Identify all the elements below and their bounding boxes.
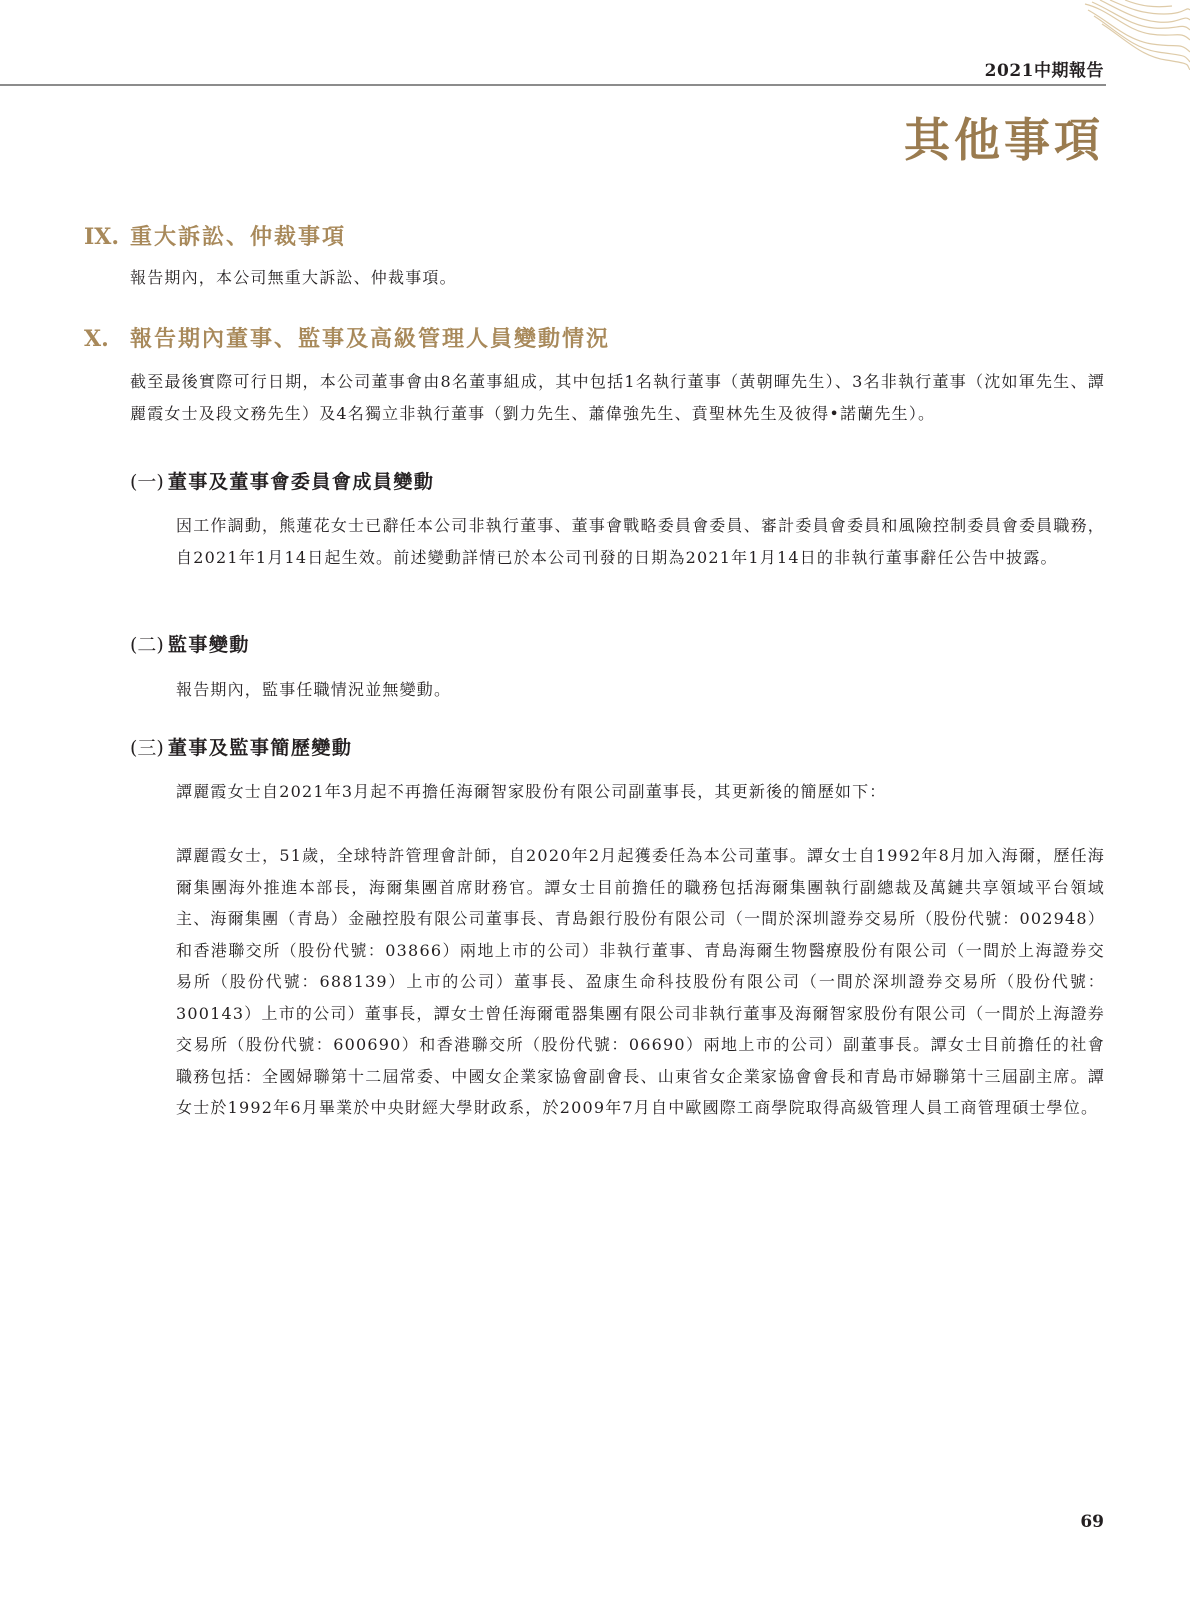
subsection-heading-3: (三)董事及監事簡歷變動 xyxy=(130,733,352,760)
section-title: 報告期內董事、監事及高級管理人員變動情況 xyxy=(130,326,610,352)
subsection-2-body: 報告期內，監事任職情況並無變動。 xyxy=(176,674,1105,706)
subsection-title: 董事及監事簡歷變動 xyxy=(168,737,353,759)
page-number: 69 xyxy=(1080,1512,1104,1532)
header-divider xyxy=(0,84,1106,86)
subsection-heading-2: (二)監事變動 xyxy=(130,630,250,657)
section-heading-x: X.報告期內董事、監事及高級管理人員變動情況 xyxy=(84,322,610,353)
section-title: 重大訴訟、仲裁事項 xyxy=(130,224,346,250)
subsection-title: 董事及董事會委員會成員變動 xyxy=(168,471,435,493)
subsection-number: (三) xyxy=(130,737,164,759)
subsection-1-body: 因工作調動，熊蓮花女士已辭任本公司非執行董事、董事會戰略委員會委員、審計委員會委… xyxy=(176,510,1105,573)
section-ix-body: 報告期內，本公司無重大訴訟、仲裁事項。 xyxy=(130,262,1080,294)
section-number: IX. xyxy=(84,224,130,250)
section-heading-ix: IX.重大訴訟、仲裁事項 xyxy=(84,220,346,251)
section-x-body: 截至最後實際可行日期，本公司董事會由8名董事組成，其中包括1名執行董事（黃朝暉先… xyxy=(130,366,1105,429)
report-tag: 2021中期報告 xyxy=(985,56,1104,81)
subsection-3-intro: 譚麗霞女士自2021年3月起不再擔任海爾智家股份有限公司副董事長，其更新後的簡歷… xyxy=(176,776,1105,808)
page-title: 其他事項 xyxy=(904,104,1104,170)
subsection-3-biography: 譚麗霞女士，51歲，全球特許管理會計師，自2020年2月起獲委任為本公司董事。譚… xyxy=(176,840,1105,1124)
subsection-title: 監事變動 xyxy=(168,634,250,656)
subsection-number: (一) xyxy=(130,471,164,493)
section-number: X. xyxy=(84,326,130,352)
subsection-number: (二) xyxy=(130,634,164,656)
subsection-heading-1: (一)董事及董事會委員會成員變動 xyxy=(130,467,434,494)
